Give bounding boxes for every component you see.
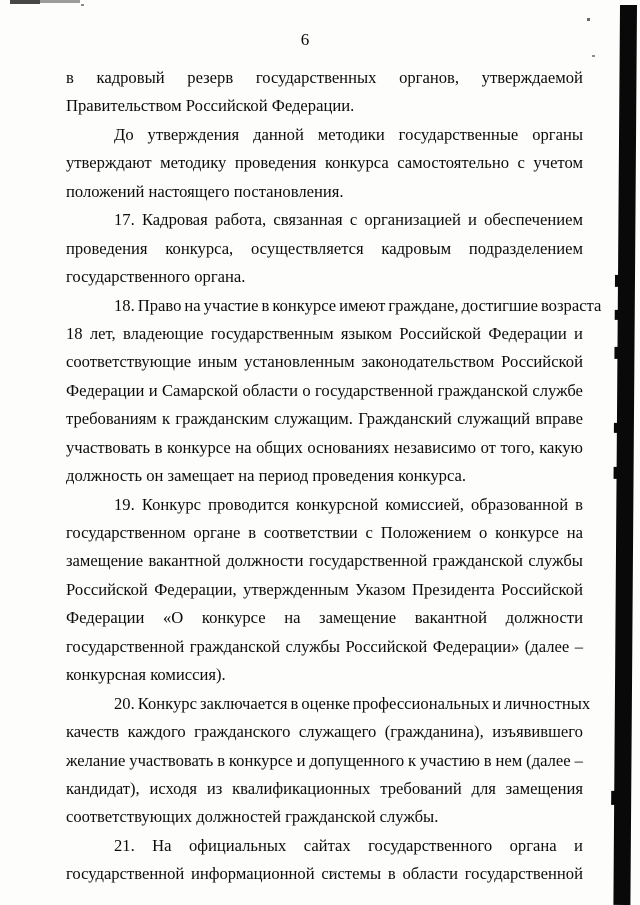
- text-line: замещениевакантнойдолжностигосударственн…: [66, 547, 583, 575]
- text-line: желаниеучаствоватьвконкурсеидопущенногок…: [66, 747, 583, 775]
- text-line: соответствующиеинымустановленнымзаконода…: [66, 348, 583, 376]
- text-line: 19.Конкурспроводитсяконкурснойкомиссией,…: [66, 491, 583, 519]
- text-line: конкурсная комиссия).: [66, 661, 583, 689]
- text-line: утверждаютметодикупроведенияконкурсасамо…: [66, 149, 583, 177]
- scan-strip-dark: [10, 0, 40, 4]
- page-number: 6: [0, 30, 610, 50]
- scan-band-bump: [611, 791, 615, 805]
- scan-band-bump: [615, 310, 619, 320]
- text-line: 17.Кадроваяработа,связаннаясорганизацией…: [66, 206, 583, 234]
- text-line: РоссийскойФедерации,утвержденнымУказомПр…: [66, 576, 583, 604]
- text-line: 18.Правонаучастиевконкурсеимеютграждане,…: [66, 292, 583, 320]
- text-line: требованиямкгражданскимслужащим.Гражданс…: [66, 405, 583, 433]
- scan-band-bump: [614, 347, 618, 359]
- scan-edge-band: [613, 5, 637, 905]
- text-line: государственноморганевсоответствиисПолож…: [66, 519, 583, 547]
- scan-speck: [587, 18, 590, 21]
- text-block: вкадровыйрезервгосударственныхорганов,ут…: [66, 64, 583, 889]
- text-line: соответствующих должностей гражданской с…: [66, 803, 583, 831]
- scan-speck: [332, 871, 336, 873]
- text-line: качествкаждогогражданскогослужащего(граж…: [66, 718, 583, 746]
- text-line: вкадровыйрезервгосударственныхорганов,ут…: [66, 64, 583, 92]
- text-line: ФедерациииСамарскойобластиогосударственн…: [66, 377, 583, 405]
- text-line: кандидат),исходяизквалификационныхтребов…: [66, 775, 583, 803]
- text-line: положений настоящего постановления.: [66, 178, 583, 206]
- text-line: Доутвержденияданнойметодикигосударственн…: [66, 121, 583, 149]
- scan-band-bump: [615, 275, 619, 287]
- scan-speck: [81, 4, 84, 6]
- text-line: проведенияконкурса,осуществляетсякадровы…: [66, 235, 583, 263]
- text-line: государственного органа.: [66, 263, 583, 291]
- text-line: Федерации«Оконкурсеназамещениевакантнойд…: [66, 604, 583, 632]
- text-line: 18лет,владеющиегосударственнымязыкомРосс…: [66, 320, 583, 348]
- text-line: должность он замещает на период проведен…: [66, 462, 583, 490]
- text-line: 21.Наофициальныхсайтахгосударственногоор…: [66, 832, 583, 860]
- text-line: Правительством Российской Федерации.: [66, 92, 583, 120]
- text-line: участвоватьвконкурсенаобщихоснованияхнез…: [66, 434, 583, 462]
- scan-strip-light: [40, 0, 80, 3]
- scan-speck: [592, 55, 595, 57]
- text-line: 20.Конкурсзаключаетсявоценкепрофессионал…: [66, 690, 583, 718]
- scan-band-bump: [614, 423, 618, 433]
- scan-band-bump: [614, 467, 618, 479]
- text-line: государственнойинформационнойсистемывобл…: [66, 860, 583, 888]
- scanned-document-page: 6 вкадровыйрезервгосударственныхорганов,…: [0, 0, 640, 905]
- text-line: государственнойгражданскойслужбыРоссийск…: [66, 633, 583, 661]
